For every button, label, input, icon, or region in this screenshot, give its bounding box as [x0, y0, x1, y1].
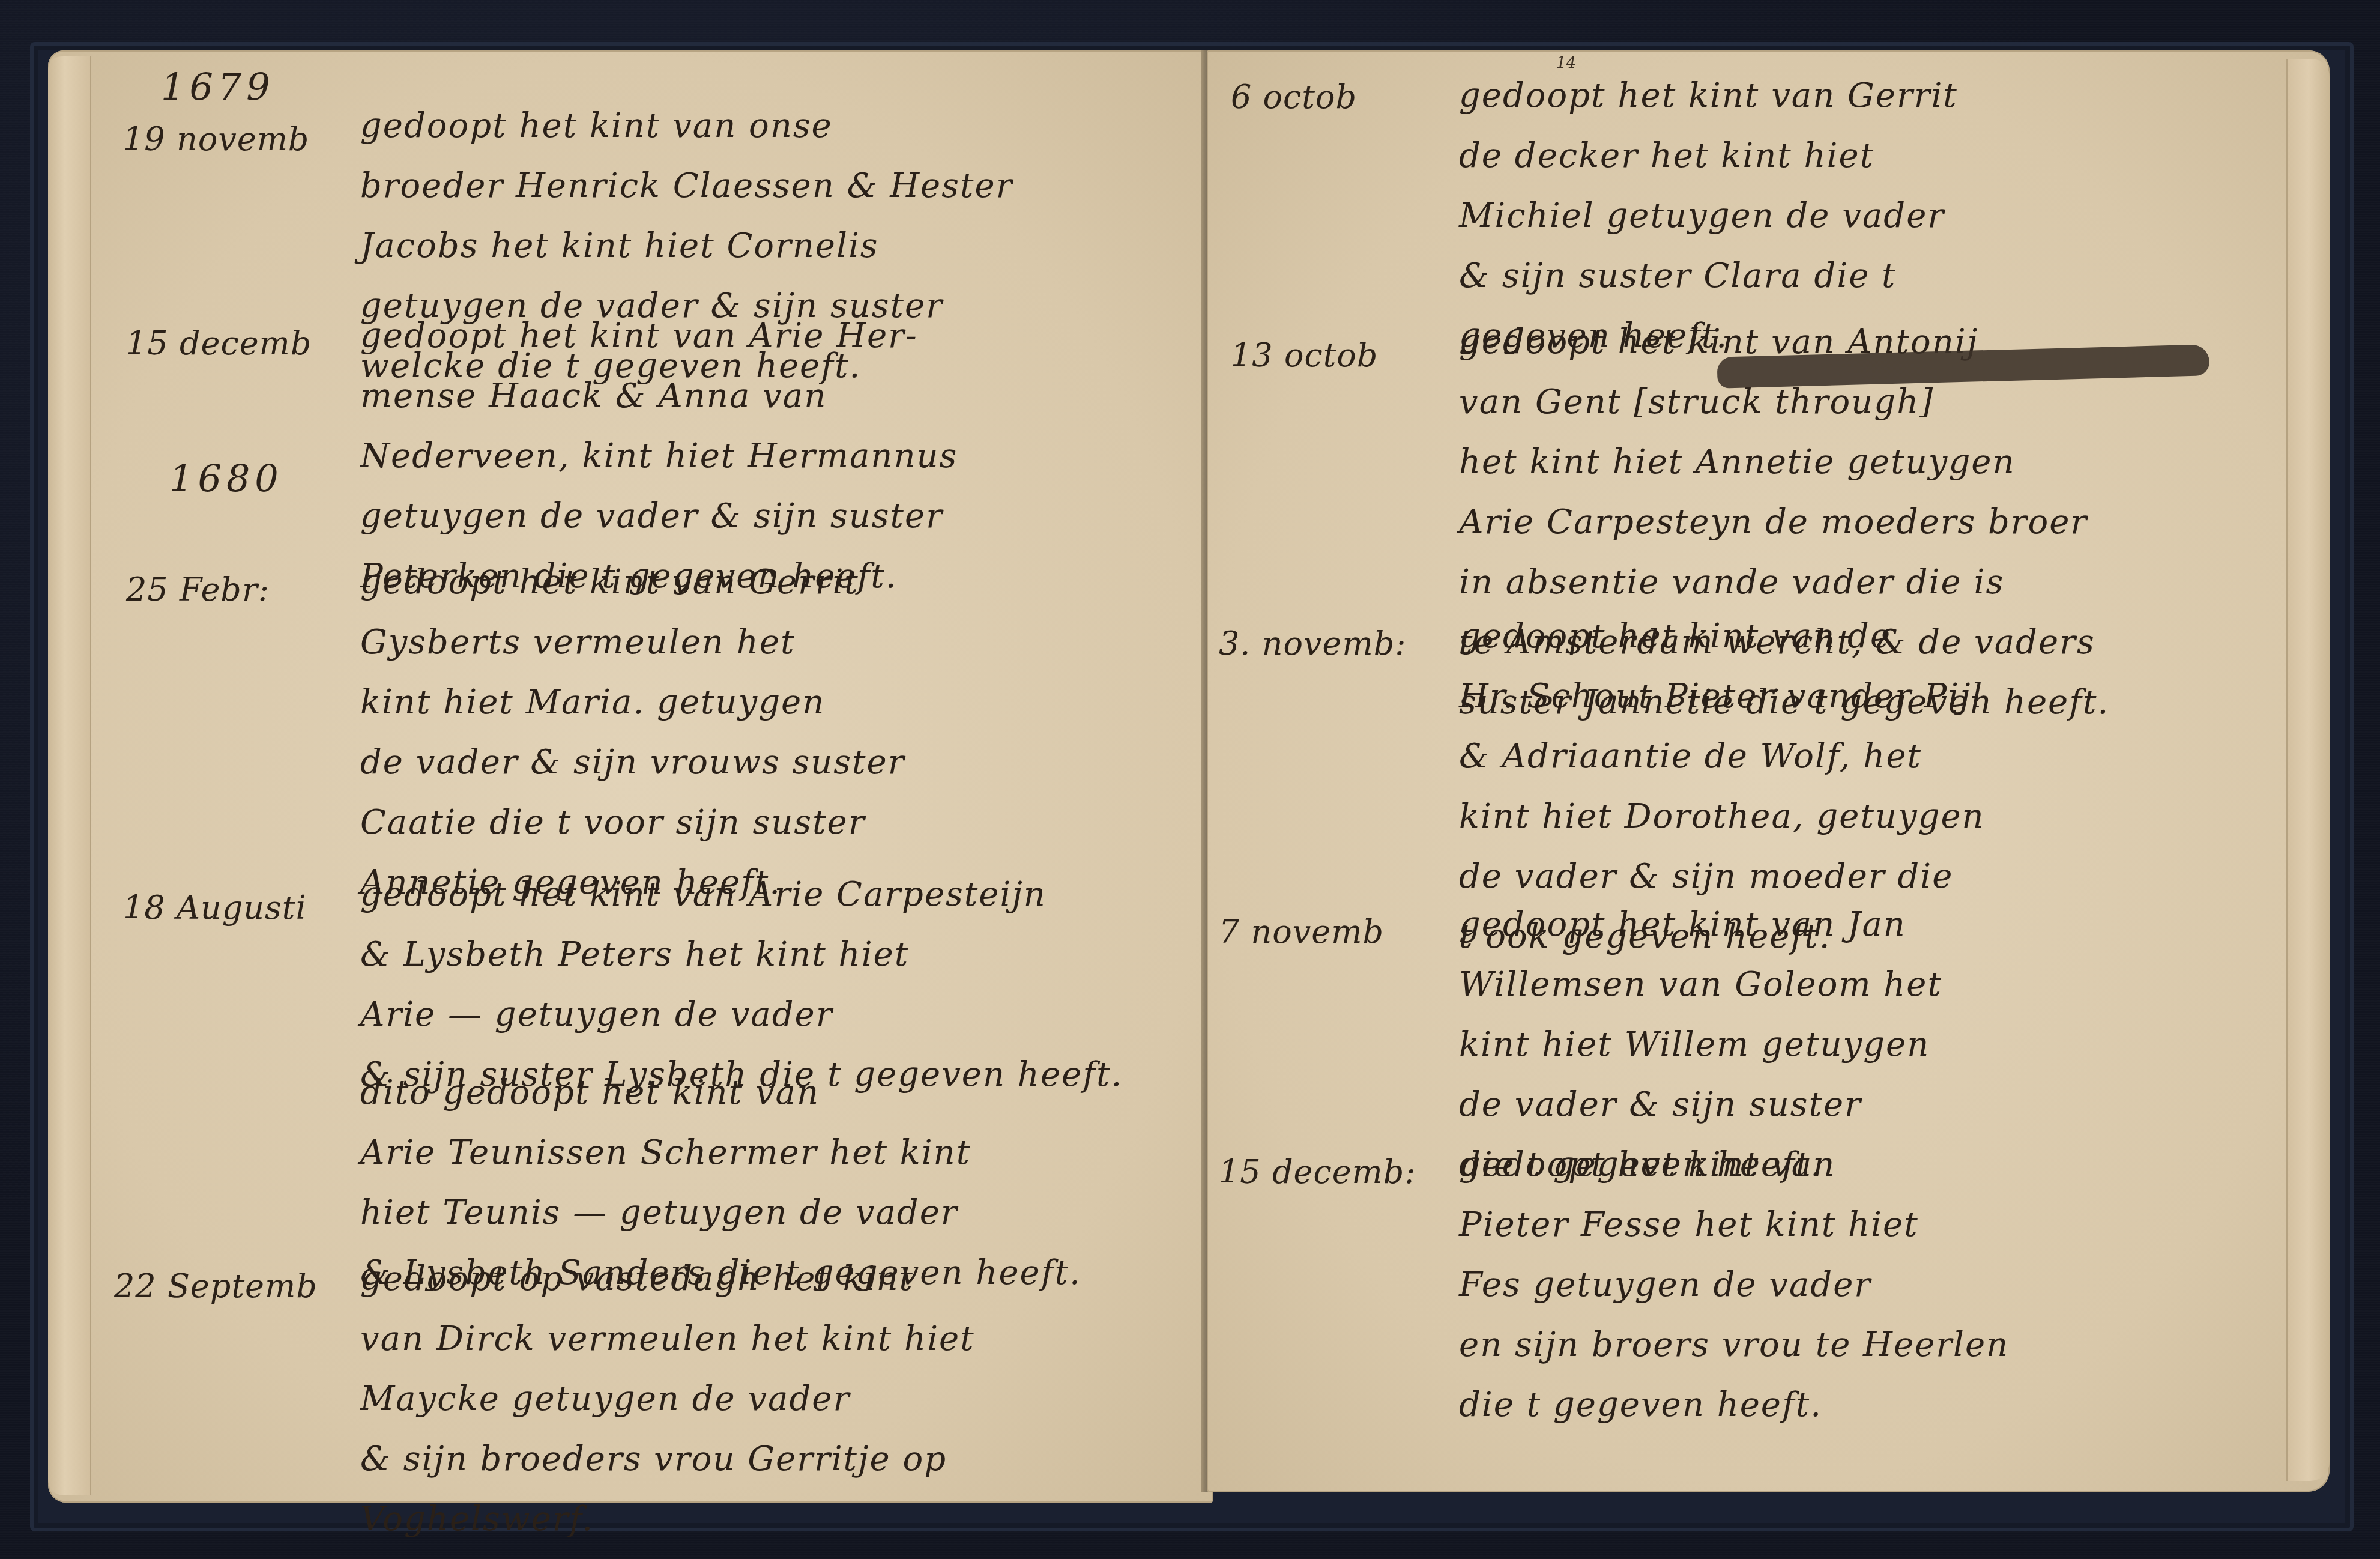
entry-line: gedoopt het kint van	[1459, 1135, 2009, 1195]
entry-date: 25 Febr:	[126, 571, 270, 608]
entry-line: gedoopt het kint van Arie Her-	[360, 306, 958, 366]
year-header: 1680	[169, 456, 283, 500]
entry-line: dito gedoopt het kint van	[360, 1063, 1081, 1123]
entry-line: & Lysbeth Peters het kint hiet	[360, 925, 1123, 985]
entry-date: 18 Augusti	[123, 889, 307, 927]
entry-line: gedoopt het kint van onse	[360, 96, 1013, 156]
entry-line: in absentie vande vader die is	[1459, 552, 2109, 613]
entry-line: gedoopt het kint van Gerrit	[1459, 66, 1958, 126]
entry-line: Willemsen van Goleom het	[1459, 955, 1942, 1015]
entry-line: Fes getuygen de vader	[1459, 1255, 2009, 1315]
entry-text: gedoopt het kint van Pieter Fesse het ki…	[1459, 1135, 2009, 1435]
entry-line: gedoopt op vastedagh het kint	[360, 1249, 975, 1309]
entry-date: 15 decemb	[126, 324, 312, 362]
entry-line: broeder Henrick Claessen & Hester	[360, 156, 1013, 216]
entry-date: 19 novemb	[123, 120, 309, 158]
entry-text: gedoopt op vastedagh het kint van Dirck …	[360, 1249, 975, 1549]
entry-line: mense Haack & Anna van	[360, 366, 958, 426]
entry-line: het kint hiet Annetie getuygen	[1459, 432, 2109, 492]
entry-line: & Adriaantie de Wolf, het	[1459, 727, 1985, 787]
entry-date: 7 novemb	[1219, 913, 1384, 951]
entry-line: kint hiet Dorothea, getuygen	[1459, 787, 1985, 847]
entry-line: & sijn suster Clara die t	[1459, 246, 1958, 306]
entry-line: Nederveen, kint hiet Hermannus	[360, 426, 958, 486]
entry-line: gedoopt het kint van Jan	[1459, 895, 1942, 955]
entry-line: getuygen de vader & sijn suster	[360, 486, 958, 546]
entry-line: Arie Carpesteyn de moeders broer	[1459, 492, 2109, 552]
entry-line: & sijn broeders vrou Gerritje op	[360, 1429, 975, 1489]
entry-line: gedoopt het kint van de	[1459, 607, 1985, 667]
entry-line: de decker het kint hiet	[1459, 126, 1958, 186]
entry-line: de vader & sijn vrouws suster	[360, 733, 905, 793]
entry-date: 15 decemb:	[1219, 1153, 1416, 1191]
entry-line: kint hiet Maria. getuygen	[360, 673, 905, 733]
entry-date: 3. novemb:	[1219, 625, 1406, 662]
entry-line: Pieter Fesse het kint hiet	[1459, 1195, 2009, 1255]
entry-date: 22 Septemb	[114, 1267, 318, 1305]
entry-date: 13 octob	[1231, 336, 1378, 374]
entry-line: Arie Teunissen Schermer het kint	[360, 1123, 1081, 1183]
entry-line: Voghelswerf.	[360, 1489, 975, 1549]
entry-text: gedoopt het kint van Gerrit Gysberts ver…	[360, 552, 905, 913]
entry-line: die t gegeven heeft.	[1459, 1375, 2009, 1435]
entry-line: Gysberts vermeulen het	[360, 613, 905, 673]
entry-line: Jacobs het kint hiet Cornelis	[360, 216, 1013, 276]
entry-line: kint hiet Willem getuygen	[1459, 1015, 1942, 1075]
entry-line: Hr. Schout Pieter vander Pijl	[1459, 667, 1985, 727]
entry-line: van Dirck vermeulen het kint hiet	[360, 1309, 975, 1369]
entry-line: hiet Teunis — getuygen de vader	[360, 1183, 1081, 1243]
entry-line: Arie — getuygen de vader	[360, 985, 1123, 1045]
entry-line: Caatie die t voor sijn suster	[360, 793, 905, 853]
entry-date: 6 octob	[1231, 78, 1357, 116]
entry-line: gedoopt het kint van Gerrit	[360, 552, 905, 613]
entry-line: de vader & sijn suster	[1459, 1075, 1942, 1135]
entry-line: Maycke getuygen de vader	[360, 1369, 975, 1429]
entry-line: Michiel getuygen de vader	[1459, 186, 1958, 246]
year-header: 1679	[161, 65, 275, 109]
entry-line: en sijn broers vrou te Heerlen	[1459, 1315, 2009, 1375]
entry-line: gedoopt het kint van Arie Carpesteijn	[360, 865, 1123, 925]
